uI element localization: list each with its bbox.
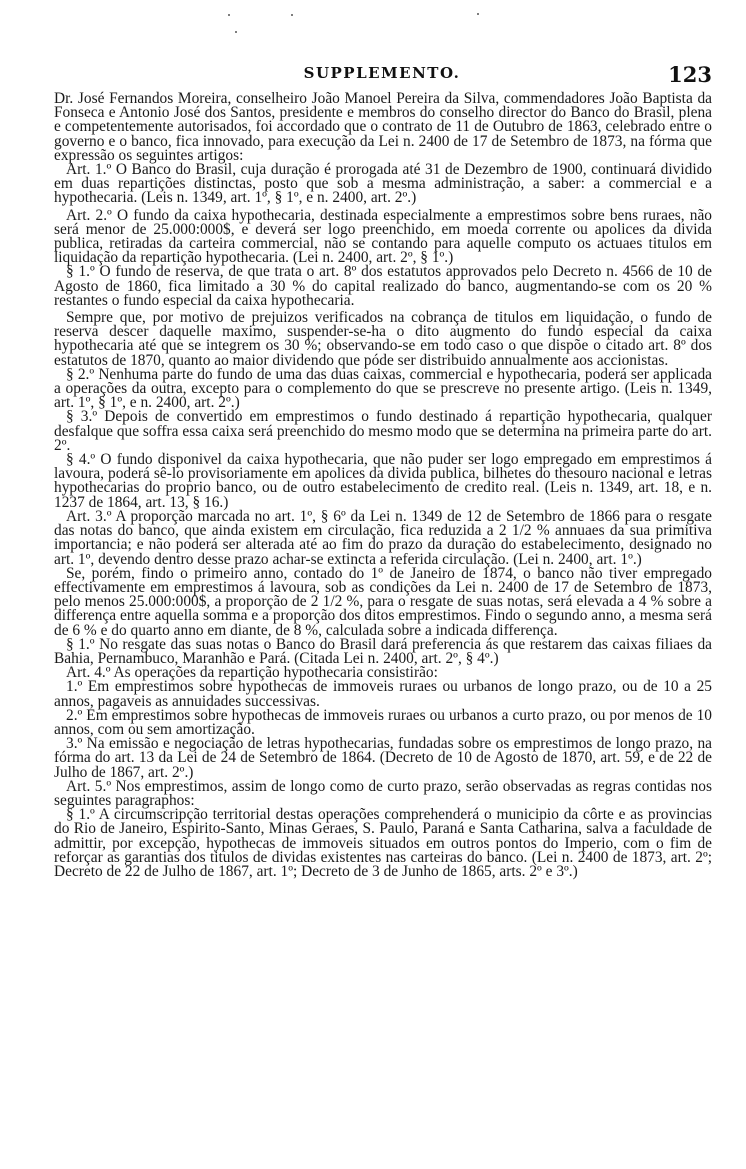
paragraph-art-2-sec-3: § 3.º Depois de convertido em emprestimo… — [54, 410, 712, 453]
running-title: SUPPLEMENTO. — [52, 64, 712, 82]
paragraph-art-3: Art. 3.º A proporção marcada no art. 1º,… — [54, 510, 712, 567]
scan-speck — [291, 14, 293, 16]
body-text: Dr. José Fernandos Moreira, conselheiro … — [54, 92, 712, 879]
paragraph-art-4-item-2: 2.º Em emprestimos sobre hypothecas de i… — [54, 709, 712, 737]
page-header: SUPPLEMENTO. 123 — [52, 62, 712, 92]
paragraph-art-5-sec-1: § 1.º A circumscripção territorial desta… — [54, 808, 712, 879]
paragraph-art-2-sec-4: § 4.º O fundo disponivel da caixa hypoth… — [54, 453, 712, 510]
scan-speck — [477, 13, 479, 15]
scan-speck — [235, 31, 237, 33]
paragraph-art-2: Art. 2.º O fundo da caixa hypothecaria, … — [54, 209, 712, 266]
paragraph-art-2-sec-1: § 1.º O fundo de reserva, de que trata o… — [54, 265, 712, 308]
paragraph-art-1: Art. 1.º O Banco do Brasil, cuja duração… — [54, 163, 712, 206]
paragraph-art-4-item-3: 3.º Na emissão e negociação de letras hy… — [54, 737, 712, 780]
paragraph-art-2-sec-1-cont: Sempre que, por motivo de prejuizos veri… — [54, 311, 712, 368]
document-page: SUPPLEMENTO. 123 Dr. José Fernandos More… — [0, 0, 746, 1169]
page-number: 123 — [668, 62, 712, 87]
paragraph-art-3-sec-1: § 1.º No resgate das suas notas o Banco … — [54, 638, 712, 666]
scan-speck — [228, 14, 230, 16]
paragraph-art-2-sec-2: § 2.º Nenhuma parte do fundo de uma das … — [54, 368, 712, 411]
paragraph-art-3-cont: Se, porém, findo o primeiro anno, contad… — [54, 567, 712, 638]
paragraph-art-4-item-1: 1.º Em emprestimos sobre hypothecas de i… — [54, 680, 712, 708]
paragraph-preamble: Dr. José Fernandos Moreira, conselheiro … — [54, 92, 712, 163]
paragraph-art-5: Art. 5.º Nos emprestimos, assim de longo… — [54, 780, 712, 808]
